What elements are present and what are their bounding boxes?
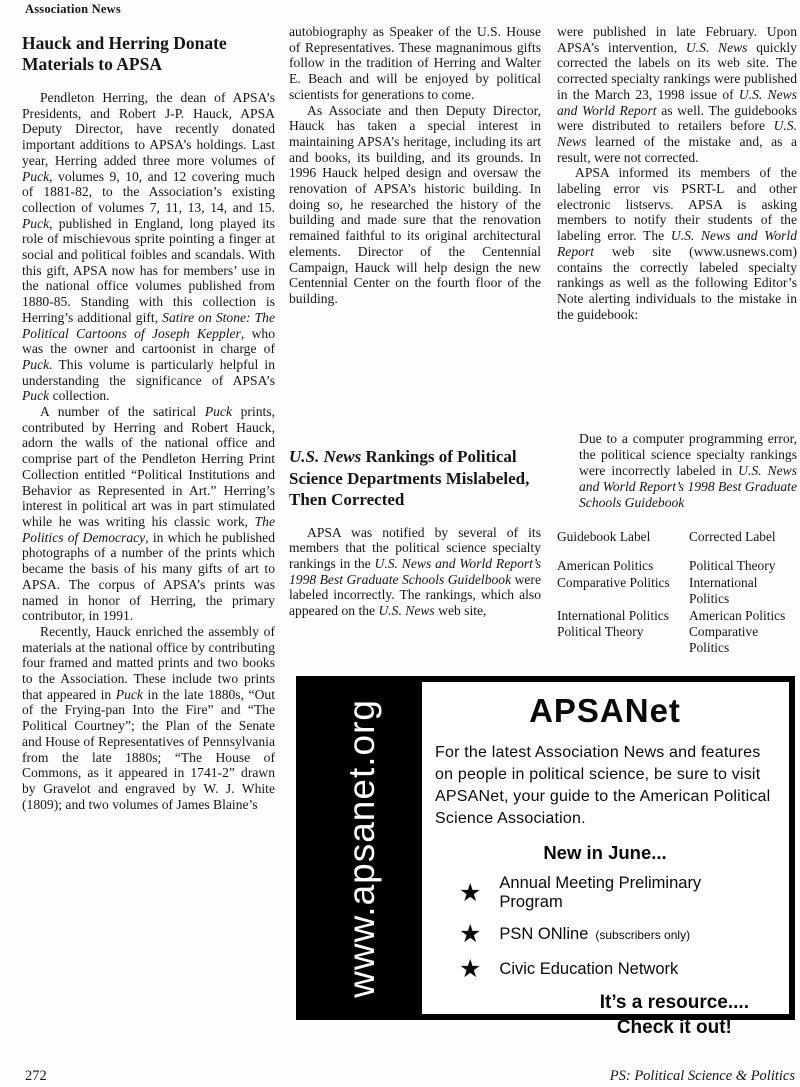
article1-paragraph: Recently, Hauck enriched the assembly of… (22, 624, 275, 812)
ad-new-in-june-heading: New in June... (435, 842, 775, 864)
table-header-corrected: Corrected Label (689, 529, 797, 545)
ad-tagline: It’s a resource.... Check it out! (600, 990, 749, 1040)
table-header-row: Guidebook Label Corrected Label (557, 529, 797, 545)
article2-paragraph: were published in late February. Upon AP… (557, 24, 797, 165)
ad-title: APSANet (435, 692, 775, 730)
ad-url-strip: www.apsanet.org (302, 682, 422, 1014)
article1-paragraph: Pendleton Herring, the dean of APSA’s Pr… (22, 90, 275, 404)
article2-paragraph: APSA was notified by several of its memb… (289, 525, 541, 619)
table-cell: American Politics (689, 608, 797, 624)
journal-title: PS: Political Science & Politics (610, 1068, 795, 1085)
table-cell: Comparative Politics (557, 575, 689, 608)
ad-content: APSANet For the latest Association News … (422, 682, 789, 1014)
article1-paragraph: autobiography as Speaker of the U.S. Hou… (289, 24, 541, 103)
article2-section: U.S. News Rankings of Political Science … (289, 446, 541, 619)
ad-bullet-item: ★ Civic Education Network (435, 957, 775, 982)
table-cell: International Politics (689, 575, 797, 608)
ad-item-label: PSN ONline (499, 925, 588, 944)
star-icon: ★ (459, 881, 481, 906)
ad-intro-text: For the latest Association News and feat… (435, 742, 775, 830)
table-cell: Comparative Politics (689, 624, 797, 657)
ad-bullet-item: ★ Annual Meeting Preliminary Program (435, 874, 775, 912)
ad-item-note: (subscribers only) (595, 928, 690, 942)
editors-note-and-table: Due to a computer programming error, the… (557, 431, 797, 657)
star-icon: ★ (459, 922, 481, 947)
article2-title: U.S. News Rankings of Political Science … (289, 446, 541, 511)
rankings-table: Guidebook Label Corrected Label American… (557, 529, 797, 657)
ad-url-text: www.apsanet.org (341, 699, 383, 998)
ad-tagline-line2: Check it out! (600, 1015, 749, 1040)
table-row: Political Theory Comparative Politics (557, 624, 797, 657)
table-cell: Political Theory (557, 624, 689, 657)
ad-item-label: Annual Meeting Preliminary Program (499, 874, 768, 912)
column-2: autobiography as Speaker of the U.S. Hou… (289, 24, 541, 307)
table-row: International Politics American Politics (557, 608, 797, 624)
table-header-guidebook: Guidebook Label (557, 529, 689, 545)
ad-tagline-line1: It’s a resource.... (600, 990, 749, 1015)
article2-paragraph: APSA informed its members of the labelin… (557, 165, 797, 322)
table-row: Comparative Politics International Polit… (557, 575, 797, 608)
table-cell: Political Theory (689, 558, 797, 574)
ad-bullet-item: ★ PSN ONline (subscribers only) (435, 922, 775, 947)
section-header: Association News (25, 2, 121, 17)
column-1: Hauck and Herring Donate Materials to AP… (22, 33, 275, 812)
table-cell: International Politics (557, 608, 689, 624)
editors-note: Due to a computer programming error, the… (579, 431, 797, 511)
column-3: were published in late February. Upon AP… (557, 24, 797, 322)
ad-item-label: Civic Education Network (499, 960, 678, 979)
star-icon: ★ (459, 957, 481, 982)
article1-paragraph: As Associate and then Deputy Director, H… (289, 103, 541, 307)
page-number: 272 (25, 1068, 47, 1085)
article1-paragraph: A number of the satirical Puck prints, c… (22, 404, 275, 624)
apsanet-ad: www.apsanet.org APSANet For the latest A… (296, 676, 795, 1020)
table-row: American Politics Political Theory (557, 558, 797, 574)
table-cell: American Politics (557, 558, 689, 574)
article1-title: Hauck and Herring Donate Materials to AP… (22, 33, 275, 75)
